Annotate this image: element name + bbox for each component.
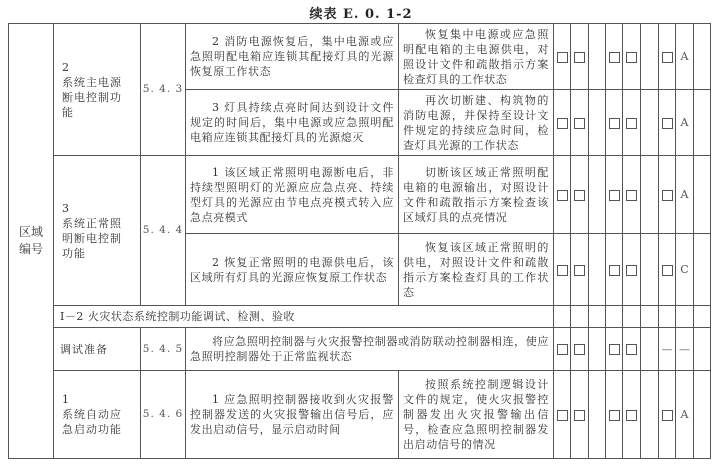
item-cell: 3系统正常照明断电控制功能 [54,156,141,306]
mark-cell[interactable] [571,156,589,234]
requirement-text: 1 应急照明控制器接收到火灾报警控制器发送的火灾报警输出信号后，应发出启动信号，… [186,371,399,459]
checkbox[interactable] [662,265,673,276]
mark-cell[interactable] [606,328,623,371]
section-row: Ⅰ－2 火灾状态系统控制功能调试、检测、验收 [9,306,711,328]
zone-cell: 区域编号 [9,24,54,459]
table-row: 区域编号 2系统主电源断电控制功能 5. 4. 3 2 消防电源恢复后，集中电源… [9,24,711,90]
mark-cell[interactable] [623,328,641,371]
grade-cell: A [676,371,694,459]
checkbox[interactable] [574,344,585,355]
mark-cell [589,24,606,90]
mark-cell [641,371,659,459]
mark-cell[interactable] [571,234,589,306]
clause-number: 5. 4. 3 [141,24,186,156]
mark-cell [694,371,711,459]
section-header: Ⅰ－2 火灾状态系统控制功能调试、检测、验收 [54,306,554,328]
method-text: 再次切断建、构筑物的消防电源，并保持至设计文件规定的持续应急时间，检查灯具光源的… [399,90,554,156]
checkbox[interactable] [626,190,637,201]
mark-cell [589,156,606,234]
mark-cell[interactable] [623,234,641,306]
mark-cell [694,234,711,306]
empty-cell [641,306,659,328]
empty-cell [623,306,641,328]
mark-cell[interactable] [623,371,641,459]
mark-cell[interactable] [623,156,641,234]
mark-cell [589,371,606,459]
checkbox[interactable] [609,190,620,201]
mark-cell[interactable] [554,234,571,306]
mark-cell[interactable] [659,156,676,234]
mark-cell[interactable] [623,90,641,156]
requirement-text: 3 灯具持续点亮时间达到设计文件规定的时间后，集中电源或应急照明配电箱应连锁其配… [186,90,399,156]
checkbox[interactable] [557,410,568,421]
mark-cell [641,156,659,234]
inspection-table: 区域编号 2系统主电源断电控制功能 5. 4. 3 2 消防电源恢复后，集中电源… [8,23,711,459]
mark-cell[interactable] [554,328,571,371]
zone-label: 区域编号 [18,224,44,258]
mark-cell[interactable] [554,90,571,156]
mark-cell[interactable] [659,24,676,90]
item-cell: 2系统主电源断电控制功能 [54,24,141,156]
checkbox[interactable] [626,265,637,276]
mark-cell[interactable] [606,234,623,306]
checkbox[interactable] [662,190,673,201]
mark-cell [589,328,606,371]
mark-cell[interactable] [571,371,589,459]
mark-cell[interactable] [606,90,623,156]
method-text: 按照系统控制逻辑设计文件的规定，使火灾报警控制器发出火灾报警输出信号，检查应急照… [399,371,554,459]
checkbox[interactable] [662,410,673,421]
table-row: 调试准备 5. 4. 5 将应急照明控制器与火灾报警控制器或消防联动控制器相连，… [9,328,711,371]
table-row: 3系统正常照明断电控制功能 5. 4. 4 1 该区域正常照明电源断电后，非持续… [9,156,711,234]
checkbox[interactable] [574,190,585,201]
grade-cell: A [676,156,694,234]
mark-cell [641,24,659,90]
empty-cell [589,306,606,328]
table-row: 1系统自动应急启动功能 5. 4. 6 1 应急照明控制器接收到火灾报警控制器发… [9,371,711,459]
method-text: 切断该区域正常照明配电箱的电源输出，对照设计文件和疏散指示方案检查该区域灯具的点… [399,156,554,234]
item-number: 3 [62,201,80,216]
mark-cell [641,234,659,306]
clause-number: 5. 4. 4 [141,156,186,306]
checkbox[interactable] [557,118,568,129]
prep-label: 调试准备 [54,328,141,371]
mark-cell[interactable] [571,24,589,90]
checkbox[interactable] [609,52,620,63]
checkbox[interactable] [574,265,585,276]
checkbox[interactable] [574,410,585,421]
mark-cell[interactable] [554,156,571,234]
empty-cell [676,306,694,328]
checkbox[interactable] [574,118,585,129]
item-number: 2 [62,60,80,75]
mark-cell[interactable] [623,24,641,90]
mark-cell[interactable] [606,24,623,90]
dash-cell: — [676,328,694,371]
mark-cell[interactable] [571,90,589,156]
empty-cell [554,306,571,328]
checkbox[interactable] [574,52,585,63]
checkbox[interactable] [557,265,568,276]
table-title: 续表 E. 0. 1-2 [0,3,722,22]
item-label: 系统主电源断电控制功能 [62,75,124,120]
checkbox[interactable] [557,52,568,63]
requirement-text: 将应急照明控制器与火灾报警控制器或消防联动控制器相连，使应急照明控制器处于正常监… [186,328,554,371]
mark-cell[interactable] [606,156,623,234]
checkbox[interactable] [626,410,637,421]
mark-cell [589,90,606,156]
checkbox[interactable] [609,344,620,355]
checkbox[interactable] [626,118,637,129]
checkbox[interactable] [557,190,568,201]
requirement-text: 2 消防电源恢复后，集中电源或应急照明配电箱应连锁其配接灯具的光源恢复原工作状态 [186,24,399,90]
mark-cell [589,234,606,306]
mark-cell [694,328,711,371]
checkbox[interactable] [609,410,620,421]
checkbox[interactable] [662,118,673,129]
mark-cell[interactable] [659,371,676,459]
mark-cell[interactable] [606,371,623,459]
empty-cell [571,306,589,328]
requirement-text: 1 该区域正常照明电源断电后，非持续型照明灯的光源应应急点亮、持续型灯具的光源应… [186,156,399,234]
checkbox[interactable] [609,118,620,129]
empty-cell [606,306,623,328]
mark-cell [694,90,711,156]
empty-cell [694,306,711,328]
item-cell: 1系统自动应急启动功能 [54,371,141,459]
requirement-text: 2 恢复正常照明的电源供电后，该区域所有灯具的光源应恢复原工作状态 [186,234,399,306]
clause-number: 5. 4. 5 [141,328,186,371]
grade-cell: A [676,90,694,156]
item-label: 系统自动应急启动功能 [62,407,124,437]
mark-cell[interactable] [659,90,676,156]
empty-cell [659,306,676,328]
item-label: 系统正常照明断电控制功能 [62,216,124,261]
mark-cell [641,90,659,156]
mark-cell[interactable] [554,24,571,90]
checkbox[interactable] [626,52,637,63]
mark-cell [694,24,711,90]
mark-cell[interactable] [659,234,676,306]
mark-cell[interactable] [554,371,571,459]
mark-cell[interactable] [571,328,589,371]
dash-cell: — [659,328,676,371]
method-text: 恢复集中电源或应急照明配电箱的主电源供电，对照设计文件和疏散指示方案检查灯具的工… [399,24,554,90]
grade-cell: A [676,24,694,90]
checkbox[interactable] [609,265,620,276]
method-text: 恢复该区域正常照明的供电，对照设计文件和疏散指示方案检查灯具的工作状态 [399,234,554,306]
grade-cell: C [676,234,694,306]
item-number: 1 [62,392,80,407]
mark-cell [641,328,659,371]
mark-cell [694,156,711,234]
clause-number: 5. 4. 6 [141,371,186,459]
checkbox[interactable] [626,344,637,355]
checkbox[interactable] [557,344,568,355]
checkbox[interactable] [662,52,673,63]
